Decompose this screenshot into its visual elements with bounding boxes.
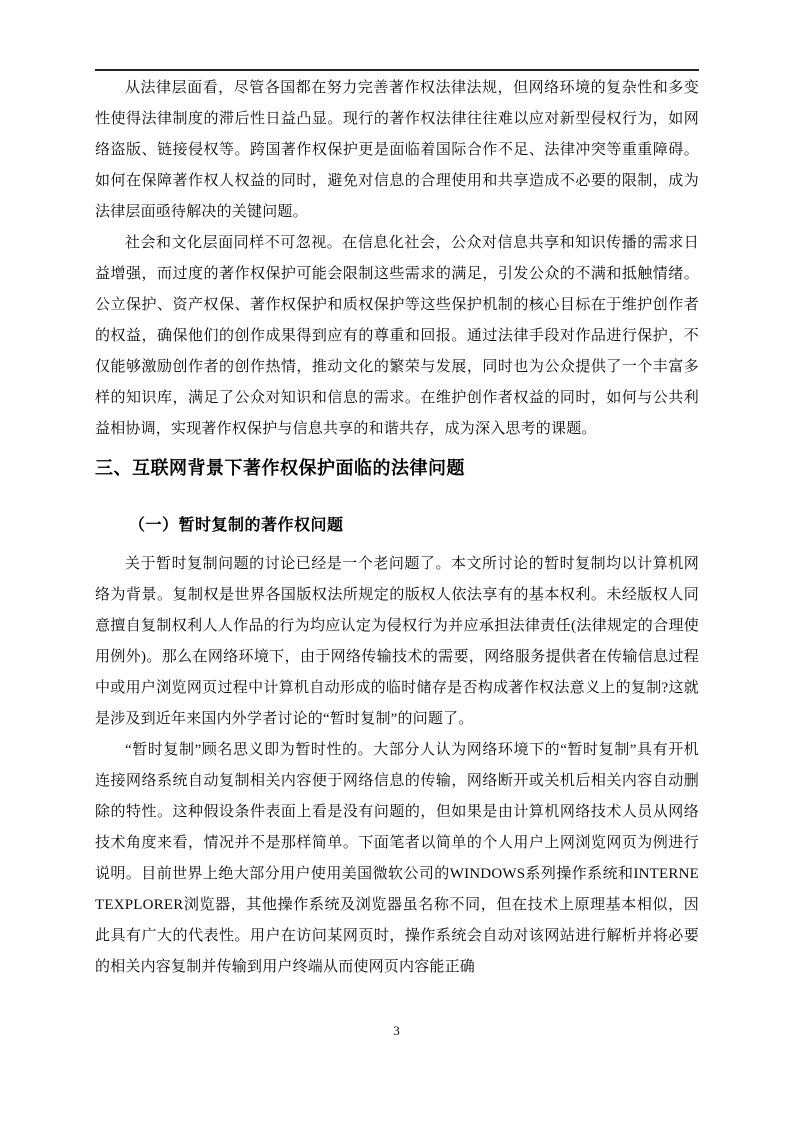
page-footer: 3 (0, 1022, 793, 1040)
paragraph-temporary-copy-intro: 关于暂时复制问题的讨论已经是一个老问题了。本文所讨论的暂时复制均以计算机网络为背… (95, 549, 699, 735)
page-number: 3 (393, 1023, 400, 1038)
document-content: 从法律层面看，尽管各国都在努力完善著作权法律法规，但网络环境的复杂性和多变性使得… (95, 69, 699, 983)
paragraph-social-cultural: 社会和文化层面同样不可忽视。在信息化社会，公众对信息共享和知识传播的需求日益增强… (95, 228, 699, 445)
header-rule (95, 69, 699, 71)
paragraph-legal-level: 从法律层面看，尽管各国都在努力完善著作权法律法规，但网络环境的复杂性和多变性使得… (95, 73, 699, 228)
document-page: 从法律层面看，尽管各国都在努力完善著作权法律法规，但网络环境的复杂性和多变性使得… (0, 0, 793, 1122)
paragraph-temporary-copy-detail: “暂时复制”顾名思义即为暂时性的。大部分人认为网络环境下的“暂时复制”具有开机连… (95, 735, 699, 983)
section-heading: 三、互联网背景下著作权保护面临的法律问题 (95, 453, 699, 483)
subsection-heading: （一）暂时复制的著作权问题 (95, 513, 699, 539)
